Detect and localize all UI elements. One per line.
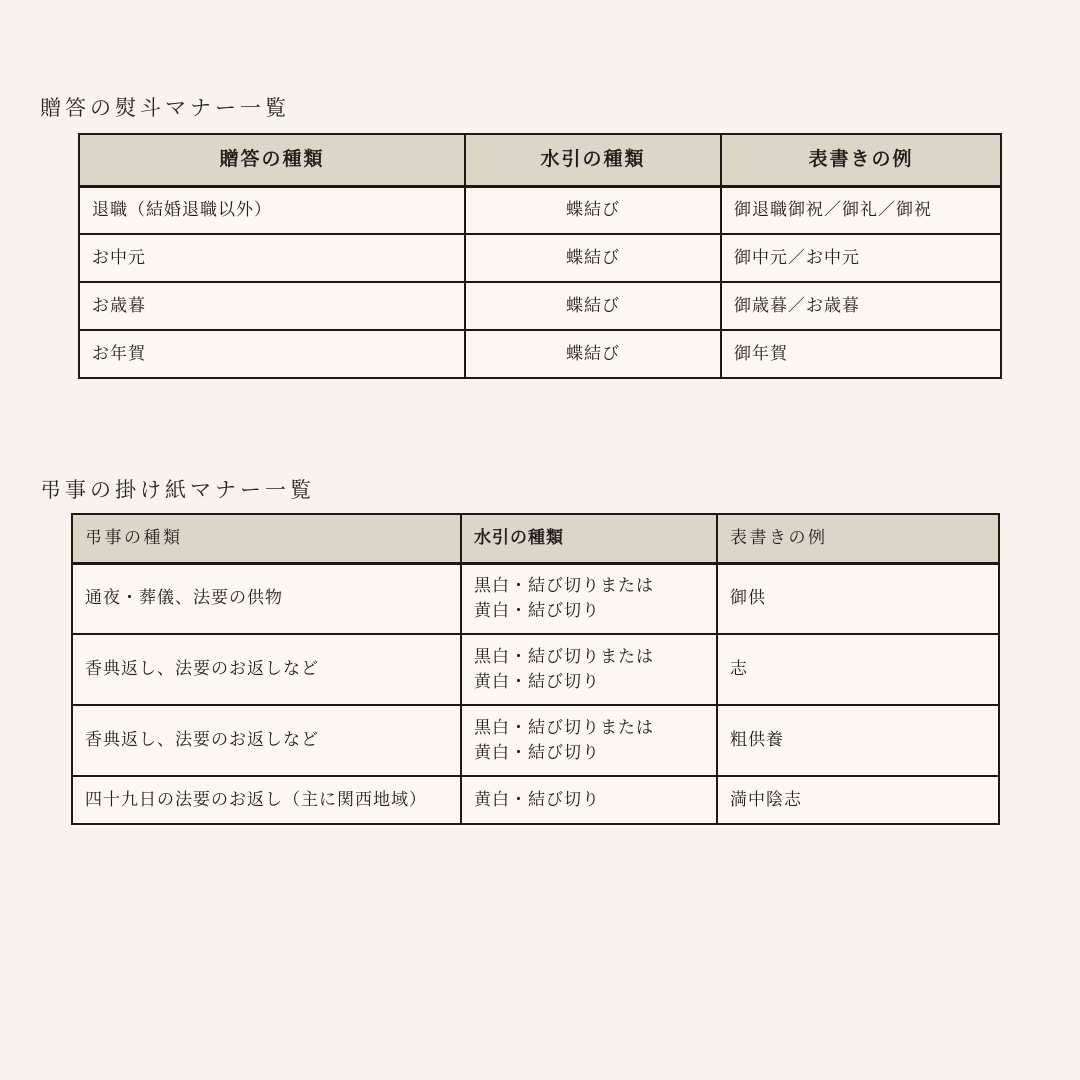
cell-omotegaki: 御歳暮／お歳暮 [721,282,1001,330]
cell-gift-type: 退職（結婚退職以外） [79,186,465,234]
table-row: お歳暮 蝶結び 御歳暮／お歳暮 [79,282,1001,330]
cell-omotegaki: 粗供養 [717,705,999,776]
cell-omotegaki: 御年賀 [721,330,1001,378]
funeral-section-title: 弔事の掛け紙マナー一覧 [40,474,315,504]
cell-omotegaki: 御退職御祝／御礼／御祝 [721,186,1001,234]
cell-funeral-type: 香典返し、法要のお返しなど [72,705,461,776]
cell-mizuhiki: 黒白・結び切りまたは 黄白・結び切り [461,634,717,705]
gift-manner-table: 贈答の種類 水引の種類 表書きの例 退職（結婚退職以外） 蝶結び 御退職御祝／御… [78,133,1002,379]
funeral-table-header-row: 弔事の種類 水引の種類 表書きの例 [72,514,999,563]
gift-table-header-row: 贈答の種類 水引の種類 表書きの例 [79,134,1001,186]
cell-funeral-type: 通夜・葬儀、法要の供物 [72,563,461,634]
table-row: 四十九日の法要のお返し（主に関西地域） 黄白・結び切り 満中陰志 [72,776,999,824]
cell-gift-type: お歳暮 [79,282,465,330]
funeral-header-type: 弔事の種類 [72,514,461,563]
table-row: 香典返し、法要のお返しなど 黒白・結び切りまたは 黄白・結び切り 粗供養 [72,705,999,776]
cell-mizuhiki: 蝶結び [465,186,721,234]
cell-mizuhiki: 蝶結び [465,330,721,378]
table-row: 退職（結婚退職以外） 蝶結び 御退職御祝／御礼／御祝 [79,186,1001,234]
gift-section-title: 贈答の熨斗マナー一覧 [40,92,290,122]
cell-mizuhiki: 蝶結び [465,234,721,282]
cell-mizuhiki: 黒白・結び切りまたは 黄白・結び切り [461,563,717,634]
cell-gift-type: お年賀 [79,330,465,378]
cell-mizuhiki: 黒白・結び切りまたは 黄白・結び切り [461,705,717,776]
gift-header-mizuhiki: 水引の種類 [465,134,721,186]
cell-gift-type: お中元 [79,234,465,282]
cell-omotegaki: 満中陰志 [717,776,999,824]
funeral-header-omotegaki: 表書きの例 [717,514,999,563]
cell-omotegaki: 御中元／お中元 [721,234,1001,282]
table-row: 香典返し、法要のお返しなど 黒白・結び切りまたは 黄白・結び切り 志 [72,634,999,705]
gift-header-type: 贈答の種類 [79,134,465,186]
cell-funeral-type: 香典返し、法要のお返しなど [72,634,461,705]
cell-omotegaki: 御供 [717,563,999,634]
gift-header-omotegaki: 表書きの例 [721,134,1001,186]
table-row: お中元 蝶結び 御中元／お中元 [79,234,1001,282]
table-row: お年賀 蝶結び 御年賀 [79,330,1001,378]
funeral-header-mizuhiki: 水引の種類 [461,514,717,563]
cell-omotegaki: 志 [717,634,999,705]
cell-mizuhiki: 蝶結び [465,282,721,330]
table-row: 通夜・葬儀、法要の供物 黒白・結び切りまたは 黄白・結び切り 御供 [72,563,999,634]
page: 贈答の熨斗マナー一覧 贈答の種類 水引の種類 表書きの例 退職（結婚退職以外） … [0,0,1080,1080]
funeral-manner-table: 弔事の種類 水引の種類 表書きの例 通夜・葬儀、法要の供物 黒白・結び切りまたは… [71,513,1000,825]
cell-mizuhiki: 黄白・結び切り [461,776,717,824]
cell-funeral-type: 四十九日の法要のお返し（主に関西地域） [72,776,461,824]
